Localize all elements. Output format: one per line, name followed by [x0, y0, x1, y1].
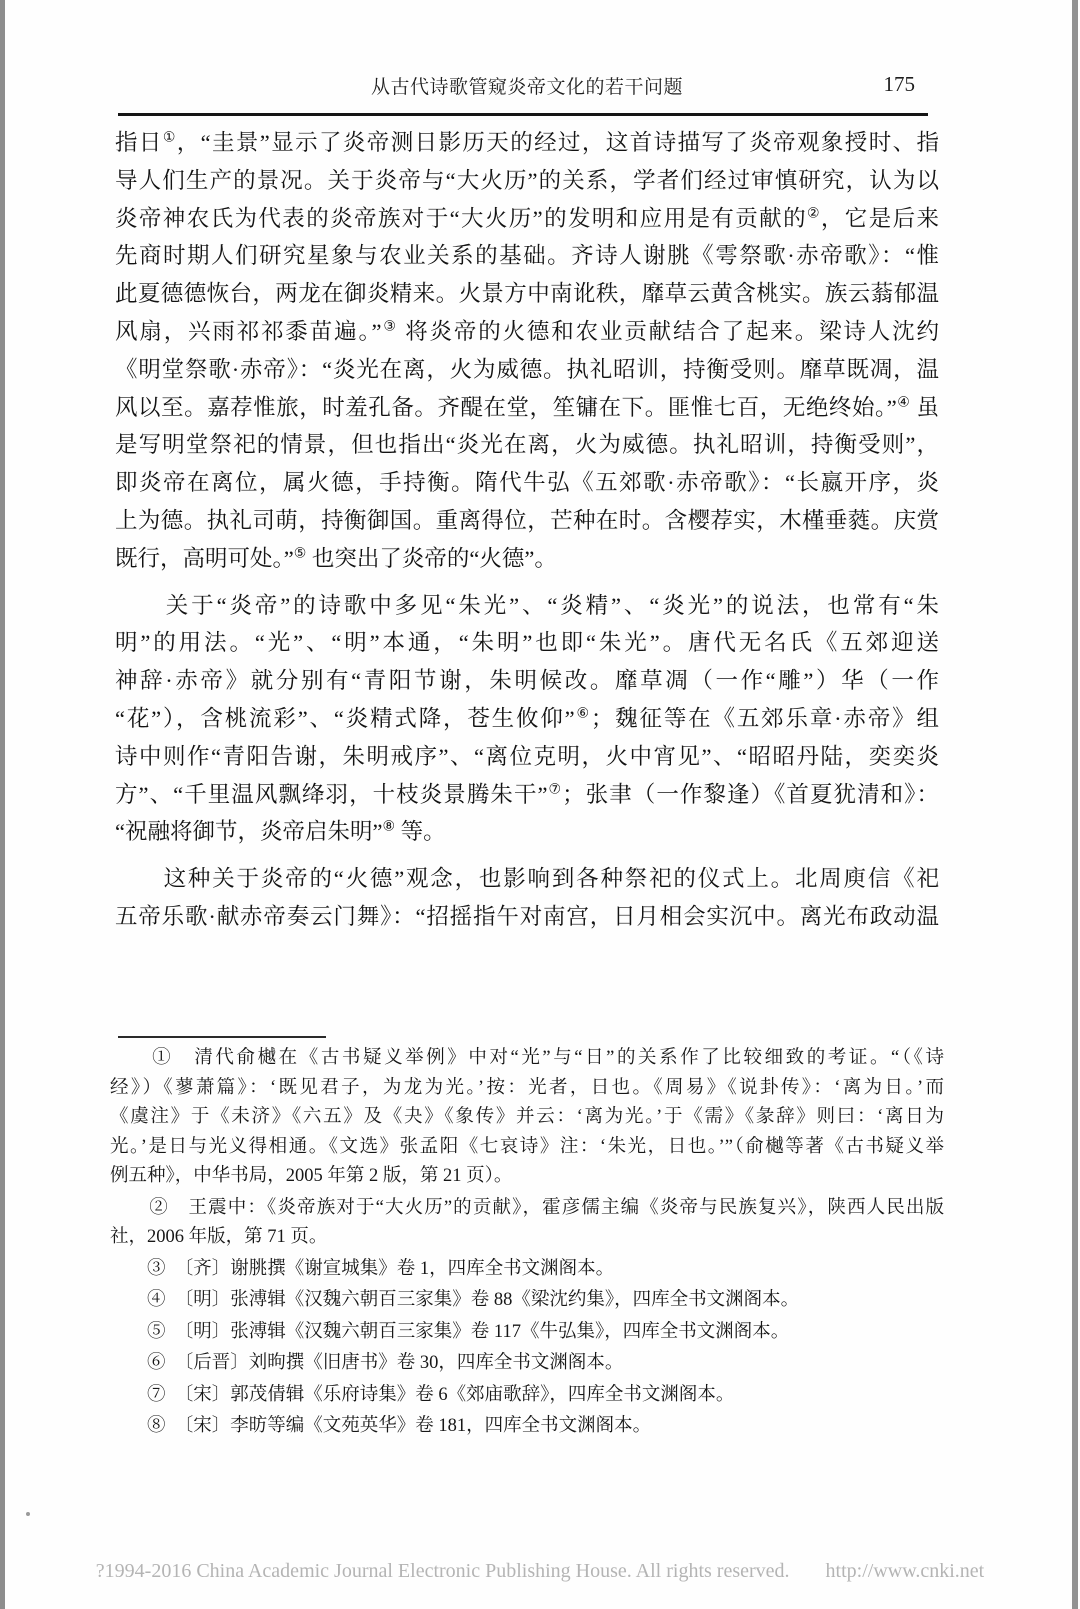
text-line: 炎帝神农氏为代表的炎帝族对于“大火历”的发明和应用是有贡献的②，它是后来 [115, 200, 939, 238]
cnki-url: http://www.cnki.net [826, 1560, 985, 1582]
footnote-2: ② 王震中：《炎帝族对于“大火历”的贡献》，霍彦儒主编《炎帝与民族复兴》，陕西人… [110, 1194, 944, 1253]
body-paragraph-1: 指日①，“圭景”显示了炎帝测日影历天的经过，这首诗描写了炎帝观象授时、指导人们生… [115, 124, 939, 578]
footnote-line: ⑦ 〔宋〕郭茂倩辑《乐府诗集》卷 6《郊庙歌辞》，四库全书文渊阁本。 [110, 1381, 944, 1411]
scanned-paper-page: 从古代诗歌管窥炎帝文化的若干问题 175 指日①，“圭景”显示了炎帝测日影历天的… [0, 0, 1080, 1609]
text-line: 上为德。执礼司萌，持衡御国。重离得位，芒种在时。含樱荐实，木槿垂蕤。庆赏 [115, 502, 939, 540]
text-line: 风以至。嘉荐惟旅，时羞孔备。齐醍在堂，笙镛在下。匪惟七百，无绝终始。”④ 虽 [115, 389, 939, 427]
running-title: 从古代诗歌管窥炎帝文化的若干问题 [115, 72, 939, 99]
text-line: 此夏德德恢台，两龙在御炎精来。火景方中南讹秩，靡草云黄含桃实。族云蓊郁温 [115, 275, 939, 313]
footnote-line: ① 清代俞樾在《古书疑义举例》中对“光”与“日”的关系作了比较细致的考证。“（《… [110, 1044, 944, 1074]
text-line: 明”的用法。“光”、“明”本通，“朱明”也即“朱光”。唐代无名氏《五郊迎送 [115, 624, 939, 662]
footnote-7: ⑦ 〔宋〕郭茂倩辑《乐府诗集》卷 6《郊庙歌辞》，四库全书文渊阁本。 [110, 1381, 944, 1411]
text-line: 即炎帝在离位，属火德，手持衡。隋代牛弘《五郊歌·赤帝歌》：“长嬴开序，炎 [115, 464, 939, 502]
footnote-4: ④ 〔明〕张溥辑《汉魏六朝百三家集》卷 88《梁沈约集》，四库全书文渊阁本。 [110, 1286, 944, 1316]
text-line: 这种关于炎帝的“火德”观念，也影响到各种祭祀的仪式上。北周庾信《祀 [115, 860, 939, 898]
footnote-8: ⑧ 〔宋〕李昉等编《文苑英华》卷 181，四库全书文渊阁本。 [110, 1412, 944, 1442]
footnote-separator-rule [118, 1036, 326, 1038]
text-line: 五帝乐歌·献赤帝奏云门舞》：“招摇指午对南宫，日月相会实沉中。离光布政动温 [115, 898, 939, 936]
text-line: 是写明堂祭祀的情景，但也指出“炎光在离，火为威德。执礼昭训，持衡受则”， [115, 426, 939, 464]
footnotes-block: ① 清代俞樾在《古书疑义举例》中对“光”与“日”的关系作了比较细致的考证。“（《… [110, 1044, 944, 1444]
page-header: 从古代诗歌管窥炎帝文化的若干问题 175 [115, 72, 939, 106]
text-line: 导人们生产的景况。关于炎帝与“大火历”的关系，学者们经过审慎研究，认为以 [115, 162, 939, 200]
footnote-line: 例五种》，中华书局，2005 年第 2 版，第 21 页）。 [110, 1162, 944, 1192]
footnote-line: ⑥ 〔后晋〕刘昫撰《旧唐书》卷 30，四库全书文渊阁本。 [110, 1349, 944, 1379]
scan-edge-left [0, 0, 5, 1609]
text-line: “祝融将御节，炎帝启朱明”⑧ 等。 [115, 813, 939, 851]
text-line: 《明堂祭歌·赤帝》：“炎光在离，火为威德。执礼昭训，持衡受则。靡草既凋，温 [115, 351, 939, 389]
footnote-1: ① 清代俞樾在《古书疑义举例》中对“光”与“日”的关系作了比较细致的考证。“（《… [110, 1044, 944, 1192]
body-paragraph-3: 这种关于炎帝的“火德”观念，也影响到各种祭祀的仪式上。北周庾信《祀五帝乐歌·献赤… [115, 860, 939, 936]
text-line: 指日①，“圭景”显示了炎帝测日影历天的经过，这首诗描写了炎帝观象授时、指 [115, 124, 939, 162]
footnote-line: ② 王震中：《炎帝族对于“大火历”的贡献》，霍彦儒主编《炎帝与民族复兴》，陕西人… [110, 1194, 944, 1224]
footnote-line: ⑤ 〔明〕张溥辑《汉魏六朝百三家集》卷 117《牛弘集》，四库全书文渊阁本。 [110, 1318, 944, 1348]
copyright-text: ?1994-2016 China Academic Journal Electr… [96, 1560, 790, 1582]
footnote-line: 社，2006 年版，第 71 页。 [110, 1223, 944, 1253]
scan-edge-right [1072, 0, 1078, 1609]
text-line: 关于“炎帝”的诗歌中多见“朱光”、“炎精”、“炎光”的说法，也常有“朱 [115, 587, 939, 625]
text-line: 神辞·赤帝》就分别有“青阳节谢，朱明候改。靡草凋（一作“雕”）华（一作 [115, 662, 939, 700]
text-line: 先商时期人们研究星象与农业关系的基础。齐诗人谢朓《雩祭歌·赤帝歌》：“惟 [115, 237, 939, 275]
header-rule [118, 113, 928, 116]
footnote-3: ③ 〔齐〕谢朓撰《谢宣城集》卷 1，四库全书文渊阁本。 [110, 1255, 944, 1285]
page-number: 175 [884, 72, 916, 97]
footnote-line: ④ 〔明〕张溥辑《汉魏六朝百三家集》卷 88《梁沈约集》，四库全书文渊阁本。 [110, 1286, 944, 1316]
body-paragraph-2: 关于“炎帝”的诗歌中多见“朱光”、“炎精”、“炎光”的说法，也常有“朱明”的用法… [115, 587, 939, 852]
watermark-footer: ?1994-2016 China Academic Journal Electr… [0, 1560, 1080, 1583]
text-line: 诗中则作“青阳告谢，朱明戒序”、“离位克明，火中宵见”、“昭昭丹陆，奕奕炎 [115, 738, 939, 776]
footnote-line: ⑧ 〔宋〕李昉等编《文苑英华》卷 181，四库全书文渊阁本。 [110, 1412, 944, 1442]
footnote-line: ③ 〔齐〕谢朓撰《谢宣城集》卷 1，四库全书文渊阁本。 [110, 1255, 944, 1285]
text-line: “花”），含桃流彩”、“炎精式降，苍生攸仰”⑥；魏征等在《五郊乐章·赤帝》组 [115, 700, 939, 738]
footnote-line: 经》）《蓼萧篇》：‘既见君子，为龙为光。’按：光者，日也。《周易》《说卦传》：‘… [110, 1074, 944, 1104]
text-line: 既行，高明可处。”⑤ 也突出了炎帝的“火德”。 [115, 540, 939, 578]
scan-artifact-dot [26, 1512, 30, 1516]
article-body: 指日①，“圭景”显示了炎帝测日影历天的经过，这首诗描写了炎帝观象授时、指导人们生… [115, 124, 939, 936]
text-line: 方”、“千里温风飘绛羽，十枝炎景腾朱干”⑦；张聿（一作黎逢）《首夏犹清和》： [115, 776, 939, 814]
footnote-line: 《虞注》于《未济》《六五》及《夬》《象传》并云：‘离为光。’于《需》《彖辞》则曰… [110, 1103, 944, 1133]
footnote-5: ⑤ 〔明〕张溥辑《汉魏六朝百三家集》卷 117《牛弘集》，四库全书文渊阁本。 [110, 1318, 944, 1348]
footnote-6: ⑥ 〔后晋〕刘昫撰《旧唐书》卷 30，四库全书文渊阁本。 [110, 1349, 944, 1379]
footnote-line: 光。’是日与光义得相通。《文选》张孟阳《七哀诗》注：‘朱光，日也。’”（俞樾等著… [110, 1133, 944, 1163]
text-line: 风扇，兴雨祁祁黍苗遍。”③ 将炎帝的火德和农业贡献结合了起来。梁诗人沈约 [115, 313, 939, 351]
